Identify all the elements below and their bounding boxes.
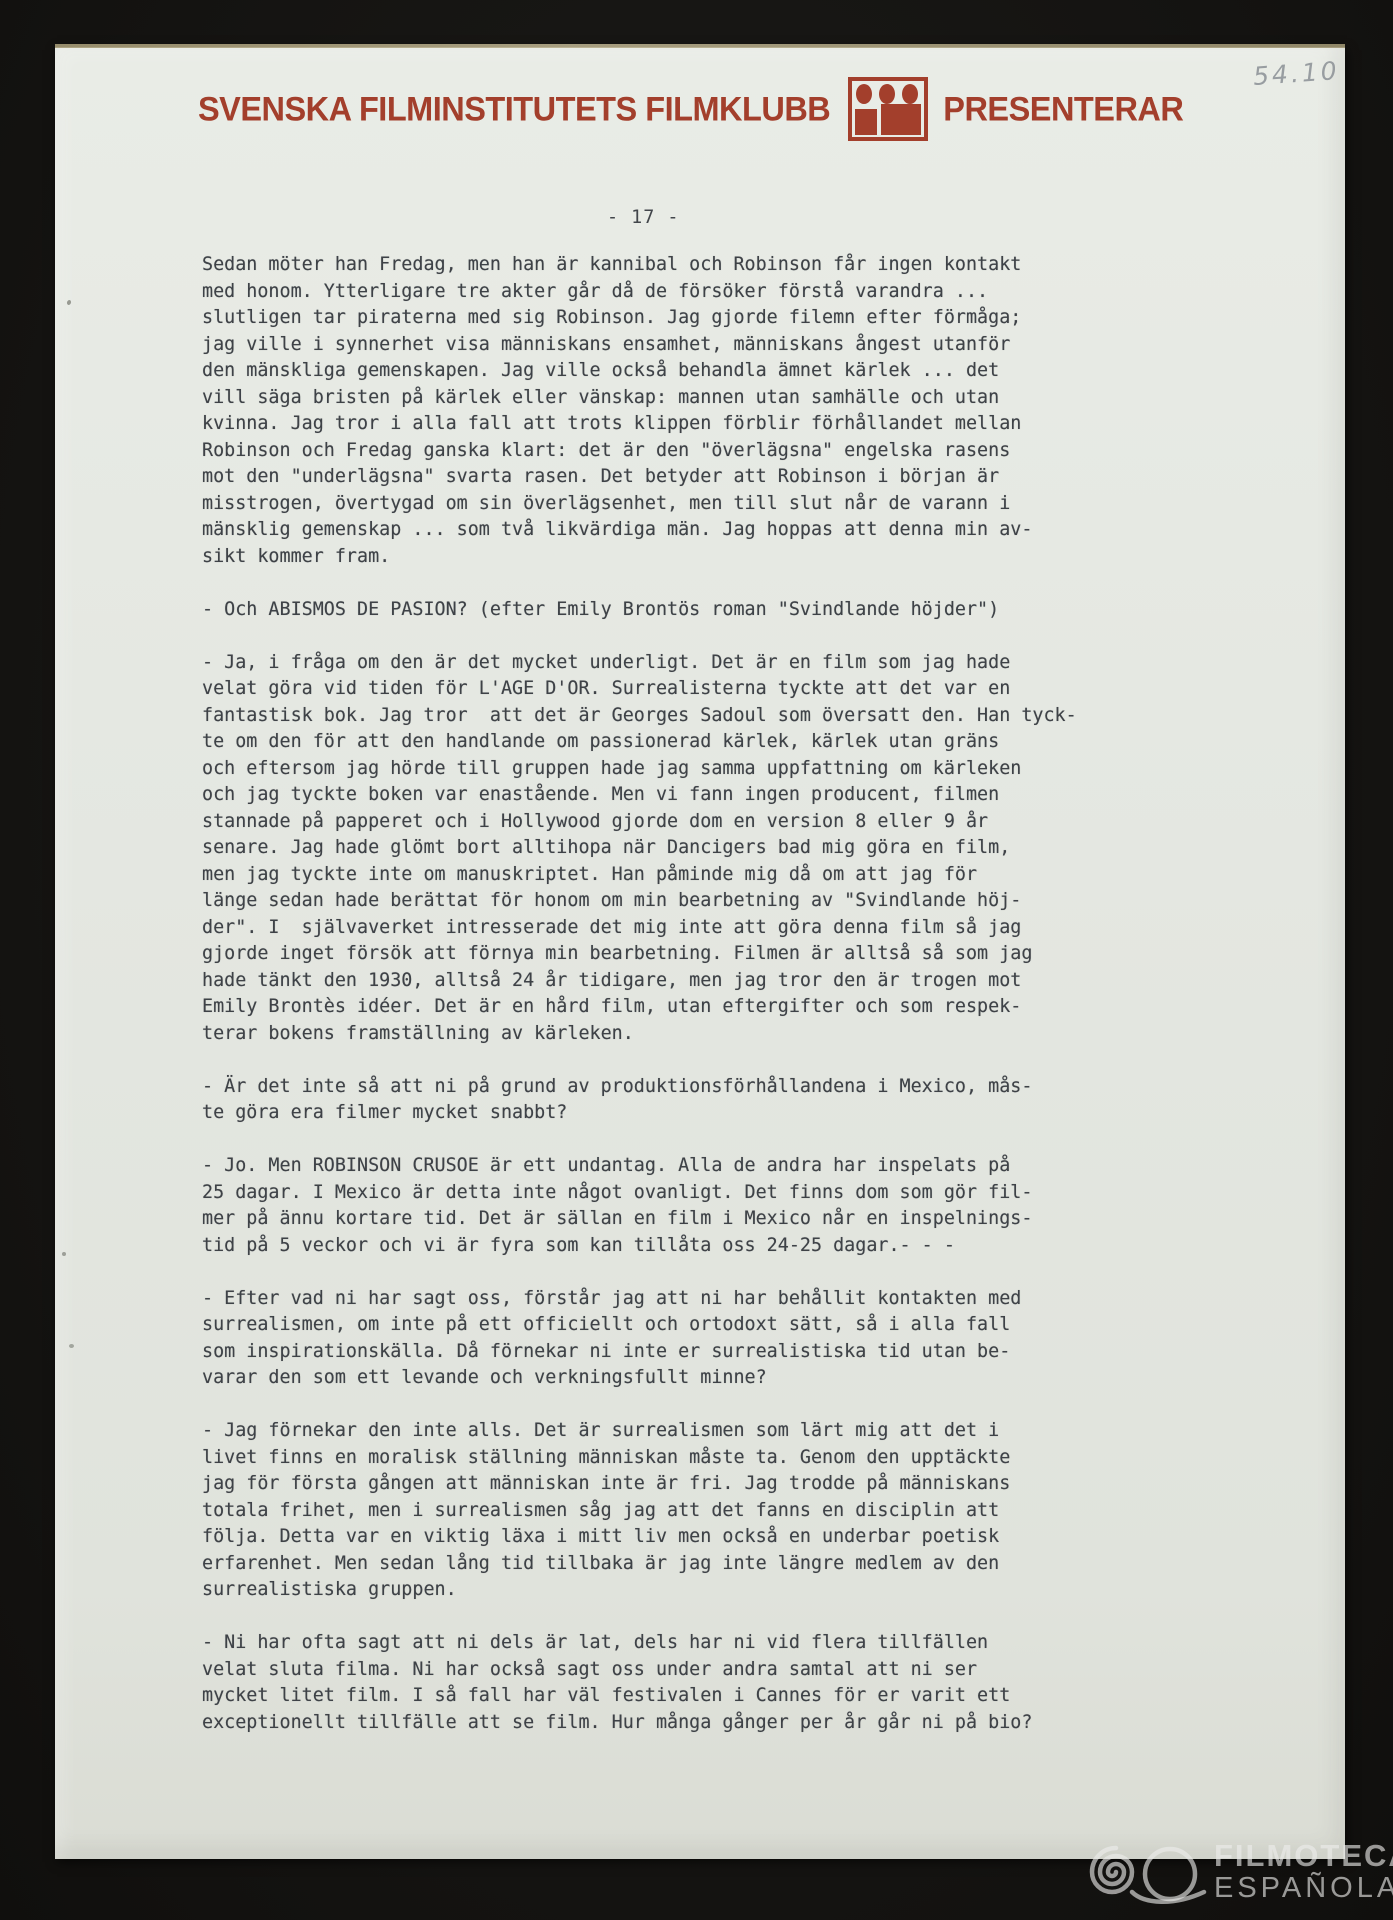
logo-figure-head [879, 84, 895, 104]
filmoteca-spiral-logo-icon [1078, 1832, 1208, 1910]
question-paragraph: - Är det inte så att ni på grund av prod… [202, 1074, 1292, 1127]
logo-figure-body [855, 109, 877, 135]
handwritten-archive-number: 54.10 [1252, 56, 1340, 91]
watermark-line2: ESPAÑOLA [1214, 1874, 1393, 1903]
filmklubb-logo-icon [848, 77, 928, 141]
paragraph: - Jag förnekar den inte alls. Det är sur… [202, 1418, 1292, 1604]
typewritten-text-block: Sedan möter han Fredag, men han är kanni… [202, 252, 1292, 1763]
paper-speck [66, 299, 71, 305]
letterhead-title-right: PRESENTERAR [943, 90, 1183, 128]
paper-speck [69, 1344, 74, 1348]
logo-figure-head [856, 84, 872, 104]
scanned-document-background: { "header": { "title_left": "SVENSKA FIL… [0, 0, 1393, 1920]
question-paragraph: - Ni har ofta sagt att ni dels är lat, d… [202, 1630, 1292, 1736]
letterhead-title-left: SVENSKA FILMINSTITUTETS FILMKLUBB [198, 90, 830, 128]
letterhead: SVENSKA FILMINSTITUTETS FILMKLUBB PRESEN… [198, 75, 1183, 143]
watermark-text: FILMOTECA ESPAÑOLA [1214, 1840, 1393, 1903]
paragraph: - Ja, i fråga om den är det mycket under… [202, 650, 1292, 1048]
question-paragraph: - Och ABISMOS DE PASION? (efter Emily Br… [202, 597, 1292, 624]
paragraph: Sedan möter han Fredag, men han är kanni… [202, 252, 1292, 570]
filmoteca-watermark: FILMOTECA ESPAÑOLA [1078, 1832, 1393, 1910]
logo-figure-head [902, 84, 918, 104]
scanned-paper-page: SVENSKA FILMINSTITUTETS FILMKLUBB PRESEN… [55, 47, 1345, 1859]
page-number: - 17 - [607, 207, 679, 228]
question-paragraph: - Efter vad ni har sagt oss, förstår jag… [202, 1286, 1292, 1392]
paragraph: - Jo. Men ROBINSON CRUSOE är ett undanta… [202, 1153, 1292, 1259]
paper-speck [62, 1252, 66, 1256]
watermark-line1: FILMOTECA [1214, 1840, 1393, 1871]
logo-figure-body [881, 104, 921, 135]
